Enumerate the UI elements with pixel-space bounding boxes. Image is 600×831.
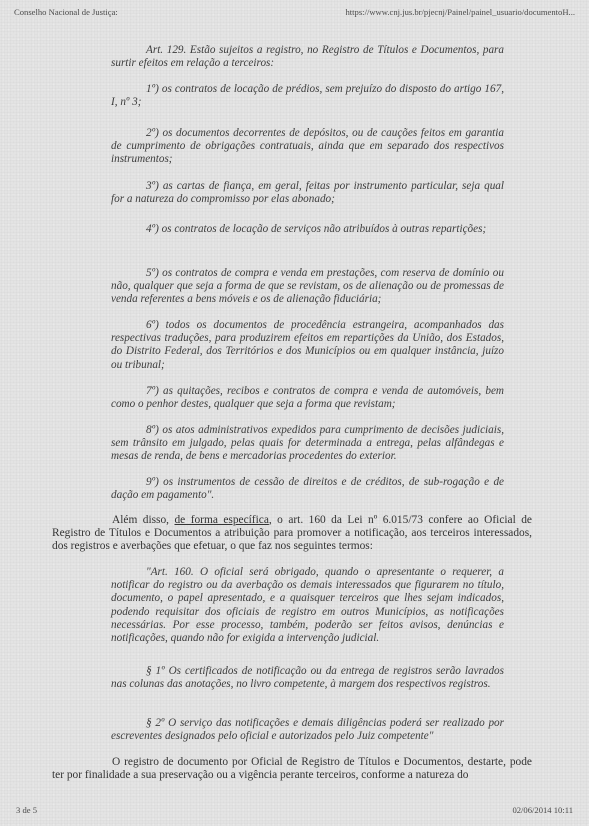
quote-item-1: 1º) os contratos de locação de prédios, … [111, 83, 504, 109]
quote-art129-intro: Art. 129. Estão sujeitos a registro, no … [111, 44, 504, 70]
header-url: https://www.cnj.jus.br/pjecnj/Painel/pai… [345, 7, 575, 17]
quote-item-9: 9º) os instrumentos de cessão de direito… [111, 476, 504, 502]
quote-art160: "Art. 160. O oficial será obrigado, quan… [111, 566, 504, 645]
underlined-emphasis: de forma específica [174, 514, 268, 526]
paragraph-registro: O registro de documento por Oficial de R… [52, 756, 532, 782]
paragraph-art160-intro: Além disso, de forma específica, o art. … [52, 514, 532, 554]
quote-item-5: 5º) os contratos de compra e venda em pr… [111, 267, 504, 307]
quote-item-8: 8º) os atos administrativos expedidos pa… [111, 424, 504, 464]
quote-item-7: 7º) as quitações, recibos e contratos de… [111, 385, 504, 411]
page-number: 3 de 5 [16, 805, 37, 815]
quote-item-2: 2º) os documentos decorrentes de depósit… [111, 127, 504, 167]
quote-item-4: 4º) os contratos de locação de serviços … [111, 223, 504, 236]
quote-item-3: 3º) as cartas de fiança, em geral, feita… [111, 180, 504, 206]
quote-item-6: 6º) todos os documentos de procedência e… [111, 319, 504, 372]
header-source: Conselho Nacional de Justiça: [14, 7, 118, 17]
document-page: Conselho Nacional de Justiça: https://ww… [0, 0, 589, 826]
quote-art160-par2: § 2º O serviço das notificações e demais… [111, 717, 504, 743]
print-datetime: 02/06/2014 10:11 [512, 805, 573, 815]
quote-art160-par1: § 1º Os certificados de notificação ou d… [111, 665, 504, 691]
